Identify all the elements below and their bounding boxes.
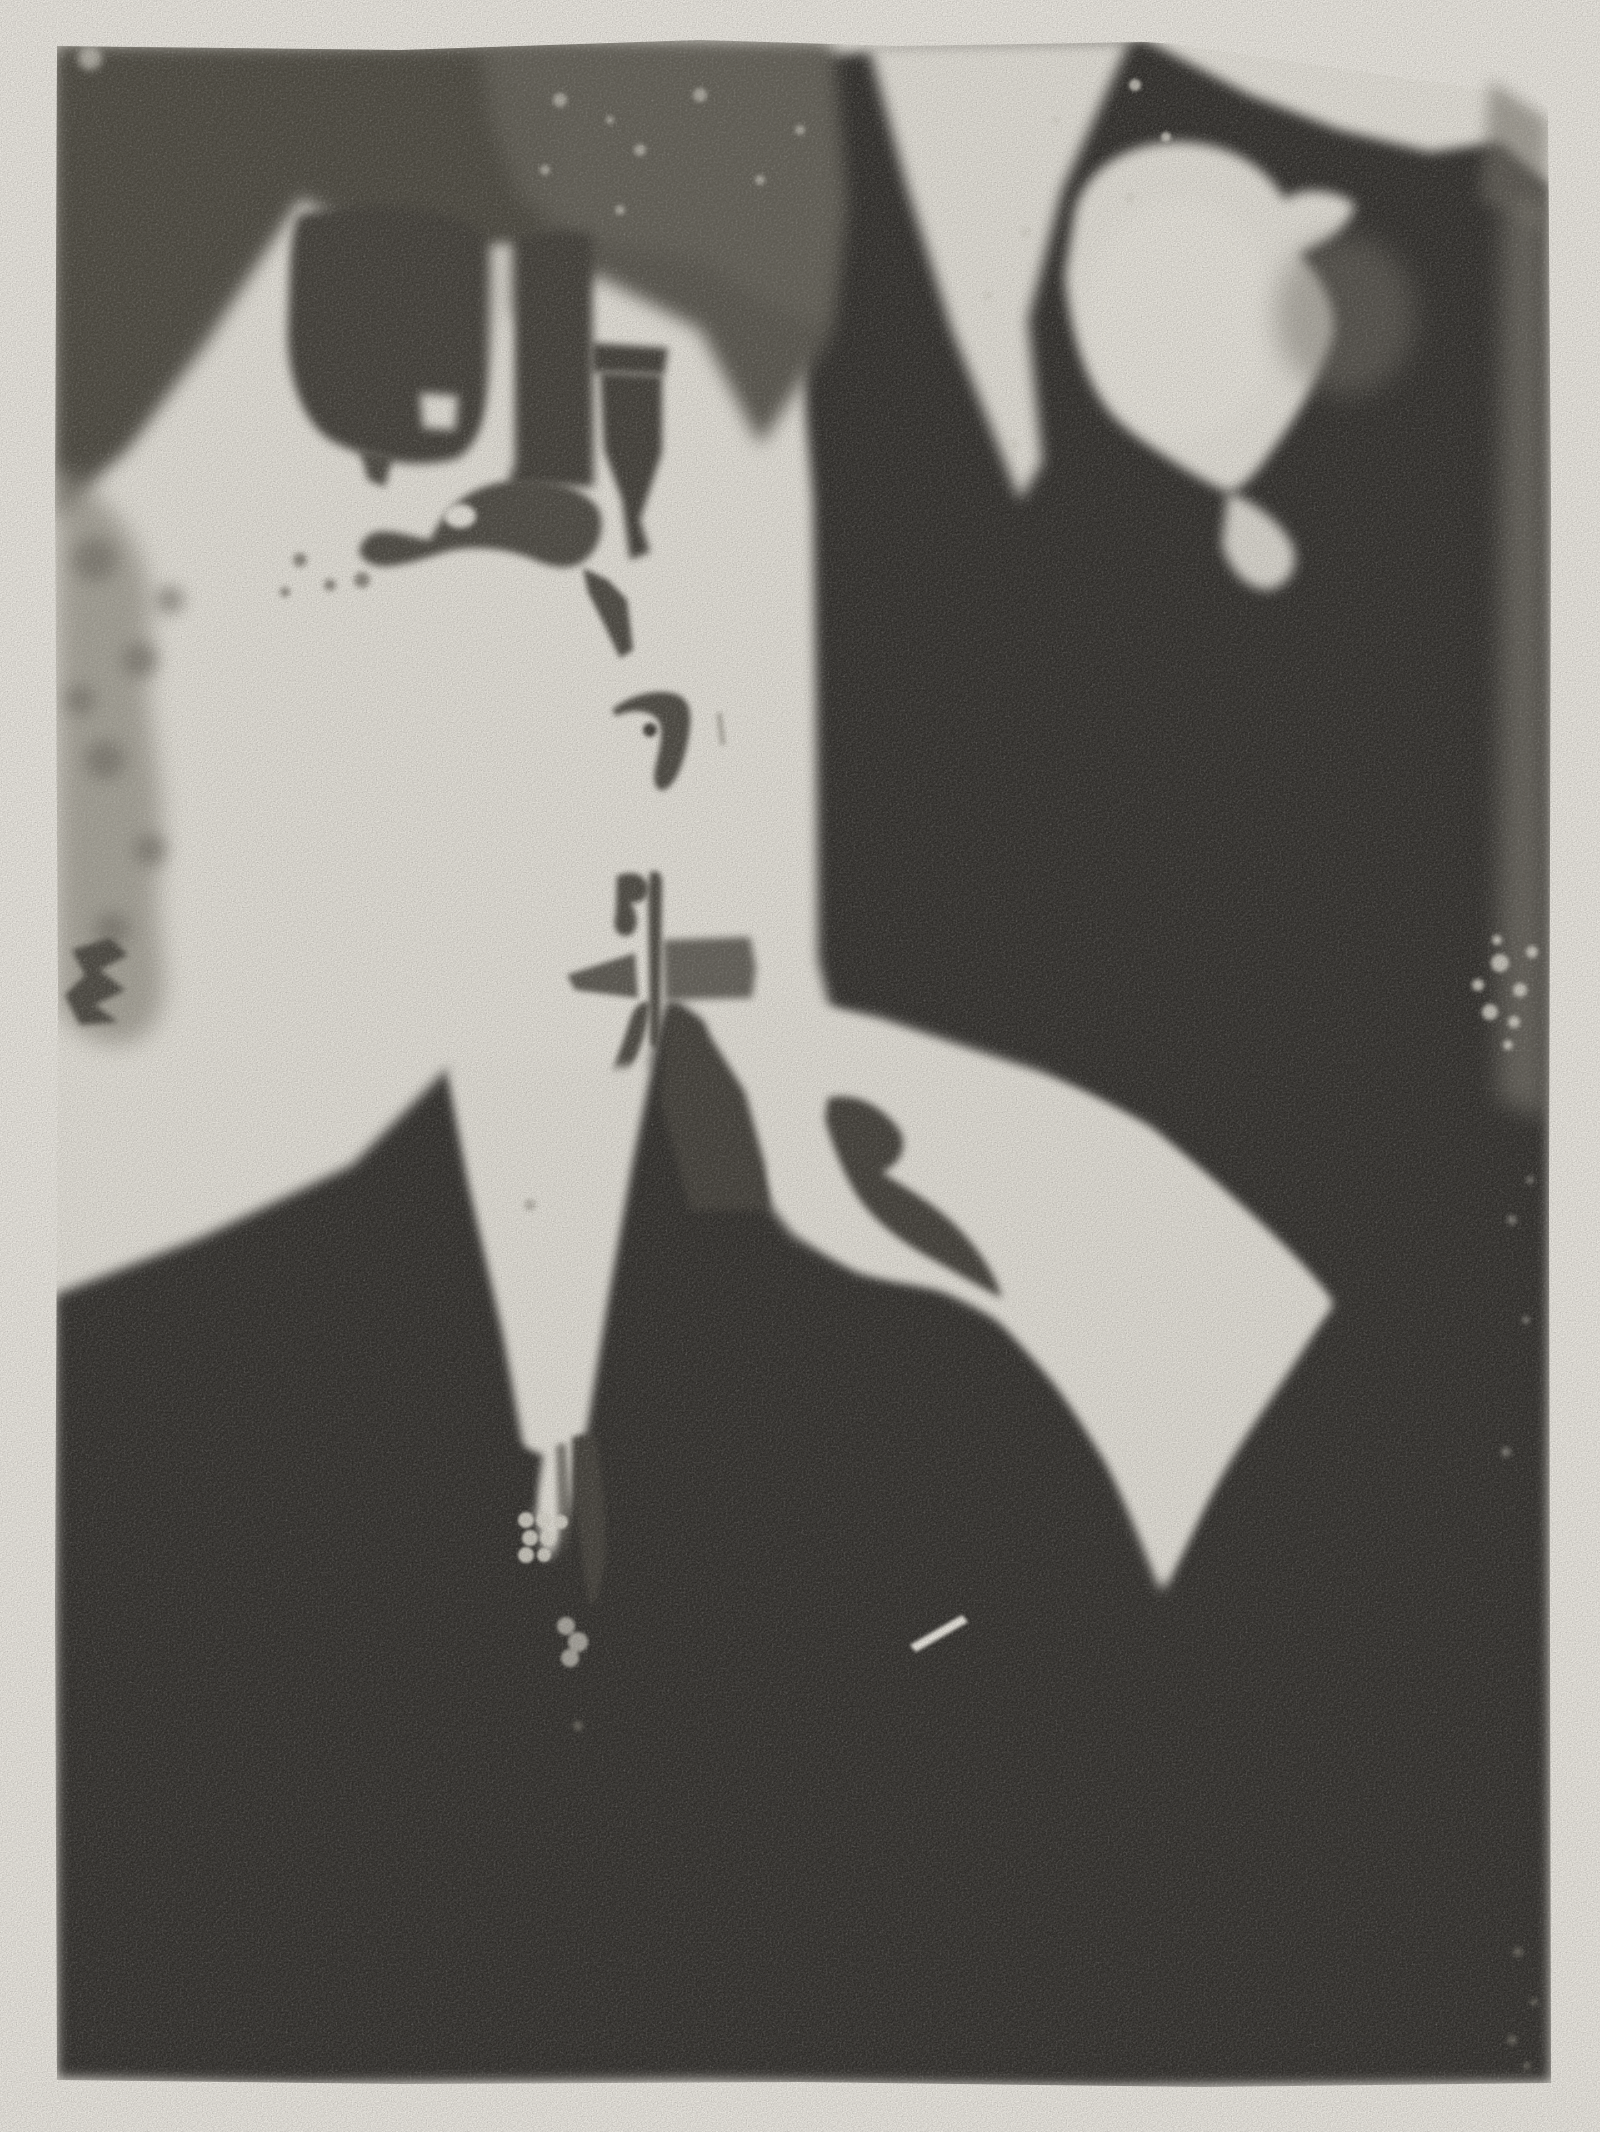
photocopied-portrait: Black-and-white photocopied silkscreen p…: [0, 0, 1600, 2132]
artwork-canvas: [0, 0, 1600, 2132]
paper-fiber-overlay: [0, 0, 1600, 2132]
